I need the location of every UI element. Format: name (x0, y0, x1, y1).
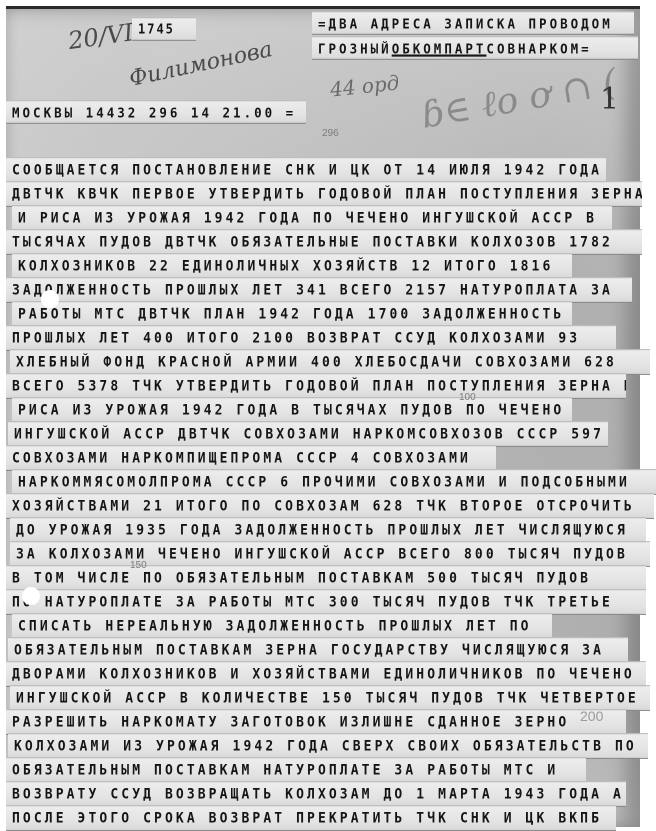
telegram-line: ОБЯЗАТЕЛЬНЫМ ПОСТАВКАМ ЗЕРНА ГОСУДАРСТВУ… (8, 637, 628, 663)
address-obkompart: ОБКОМПАРТ (392, 40, 487, 56)
punch-hole (41, 290, 59, 308)
handwritten-number-small: 296 (322, 128, 339, 139)
telegram-line: И РИСА ИЗ УРОЖАЯ 1942 ГОДА ПО ЧЕЧЕНО ИНГ… (12, 205, 612, 231)
telegram-line: НАРКОММЯСОМОЛПРОМА СССР 6 ПРОЧИМИ СОВХОЗ… (12, 469, 656, 495)
telegram-line: ХОЗЯЙСТВАМИ 21 ИТОГО ПО СОВХОЗАМ 628 ТЧК… (6, 493, 654, 519)
telegram-line: СОВХОЗАМИ НАРКОМПИЩЕПРОМА СССР 4 СОВХОЗА… (6, 445, 496, 471)
telegram-line: ДО УРОЖАЯ 1935 ГОДА ЗАДОЛЖЕННОСТЬ ПРОШЛЫ… (10, 517, 646, 543)
telegram-line: РАЗРЕШИТЬ НАРКОМАТУ ЗАГОТОВОК ИЗЛИШНЕ СД… (6, 709, 626, 735)
telegram-line: КОЛХОЗНИКОВ 22 ЕДИНОЛИЧНЫХ ХОЗЯЙСТВ 12 И… (12, 253, 572, 279)
telegram-line: ДВОРАМИ КОЛХОЗНИКОВ И ХОЗЯЙСТВАМИ ЕДИНОЛ… (6, 661, 646, 687)
telegram-line: СООБЩАЕТСЯ ПОСТАНОВЛЕНИЕ СНК И ЦК ОТ 14 … (6, 157, 606, 183)
address-city: ГРОЗНЫЙ (318, 40, 392, 56)
telegram-line: ЗАДОЛЖЕННОСТЬ ПРОШЛЫХ ЛЕТ 341 ВСЕГО 2157… (6, 277, 632, 303)
telegram-line: ПО НАТУРОПЛАТЕ ЗА РАБОТЫ МТС 300 ТЫСЯЧ П… (6, 589, 646, 615)
telegram-line: ЗА КОЛХОЗАМИ ЧЕЧЕНО ИНГУШСКОЙ АССР ВСЕГО… (10, 541, 650, 567)
telegram-line: РАБОТЫ МТС ДВТЧК ПЛАН 1942 ГОДА 1700 ЗАД… (12, 301, 572, 327)
pencil-mark-100: 100 (459, 392, 476, 403)
telegram-line: ИНГУШСКОЙ АССР ДВТЧК СОВХОЗАМИ НАРКОМСОВ… (8, 421, 608, 447)
telegram-line: ВОЗВРАТУ ССУД ВОЗВРАЩАТЬ КОЛХОЗАМ ДО 1 М… (6, 781, 626, 807)
pencil-mark-200: 200 (580, 708, 603, 724)
telegram-line: ПОСЛЕ ЭТОГО СРОКА ВОЗВРАТ ПРЕКРАТИТЬ ТЧК… (6, 805, 616, 830)
address-line-1: =ДВА АДРЕСА ЗАПИСКА ПРОВОДОМ (312, 11, 634, 35)
telegram-line: ДВТЧК КВЧК ПЕРВОЕ УТВЕРДИТЬ ГОДОВОЙ ПЛАН… (6, 181, 642, 207)
telegram-line: ПРОШЛЫХ ЛЕТ 400 ИТОГО 2100 ВОЗВРАТ ССУД … (6, 325, 616, 351)
serial-stamp: 1745 (132, 17, 196, 41)
telegram-line: КОЛХОЗАМИ ИЗ УРОЖАЯ 1942 ГОДА СВЕРХ СВОИ… (8, 733, 648, 759)
telegram-line: ХЛЕБНЫЙ ФОНД КРАСНОЙ АРМИИ 400 ХЛЕБОСДАЧ… (10, 349, 650, 375)
telegram-line: ВСЕГО 5378 ТЧК УТВЕРДИТЬ ГОДОВОЙ ПЛАН ПО… (6, 373, 626, 399)
address-line-2: ГРОЗНЫЙ ОБКОМПАРТ СОВНАРКОМ= (312, 36, 638, 60)
address-sovnarkom: СОВНАРКОМ= (486, 40, 591, 56)
telegram-line: СПИСАТЬ НЕРЕАЛЬНУЮ ЗАДОЛЖЕННОСТЬ ПРОШЛЫХ… (12, 613, 552, 639)
telegram-line: ОБЯЗАТЕЛЬНЫМ ПОСТАВКАМ НАТУРОПЛАТЕ ЗА РА… (6, 757, 586, 783)
telegram-line: РИСА ИЗ УРОЖАЯ 1942 ГОДА В ТЫСЯЧАХ ПУДОВ… (12, 397, 572, 423)
punch-hole (22, 587, 40, 605)
telegram-line: ИНГУШСКОЙ АССР В КОЛИЧЕСТВЕ 150 ТЫСЯЧ ПУ… (10, 685, 650, 711)
telegram-line: В ТОМ ЧИСЛЕ ПО ОБЯЗАТЕЛЬНЫМ ПОСТАВКАМ 50… (6, 565, 646, 591)
pencil-mark-150: 150 (130, 560, 147, 571)
origin-line: МОСКВЫ 14432 296 14 21.00 = (6, 100, 306, 124)
telegram-line: ТЫСЯЧАХ ПУДОВ ДВТЧК ОБЯЗАТЕЛЬНЫЕ ПОСТАВК… (6, 229, 642, 255)
page-number: 1 (600, 82, 619, 117)
